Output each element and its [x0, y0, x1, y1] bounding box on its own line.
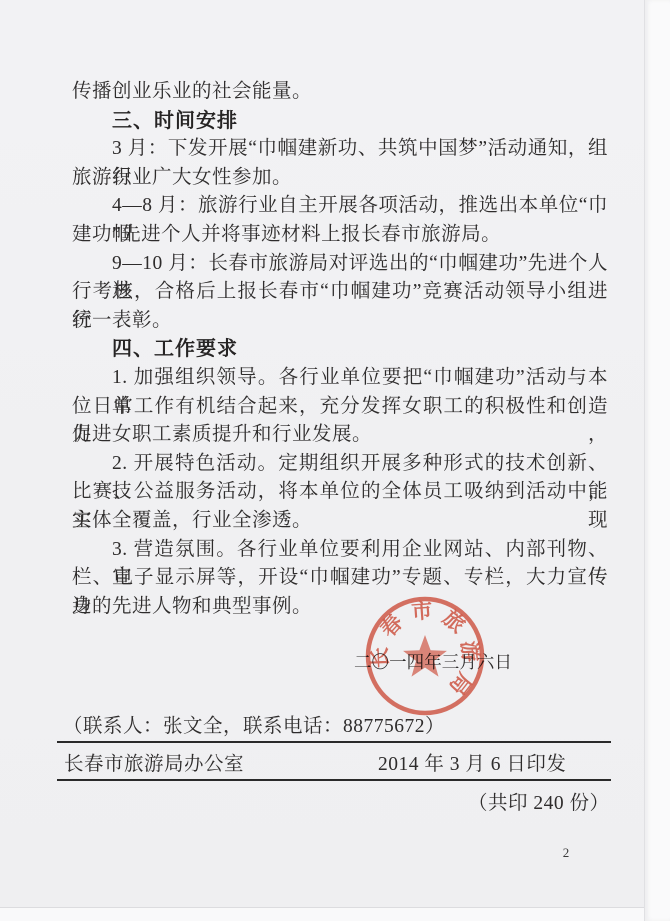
body-line: 统一表彰。 — [72, 307, 608, 336]
body-line: 1. 加强组织领导。各行业单位要把“巾帼建功”活动与本单 — [72, 364, 608, 393]
footer-divider-2 — [57, 779, 611, 781]
section-heading: 四、工作要求 — [72, 335, 608, 364]
footer-divider-1 — [57, 741, 611, 743]
seal-char: 市 — [411, 598, 434, 623]
body-line: 传播创业乐业的社会能量。 — [72, 78, 608, 107]
seal-char: 春 — [376, 610, 408, 642]
body-line: 9—10 月：长春市旅游局对评选出的“巾帼建功”先进个人进 — [72, 250, 608, 279]
seal-char: 局 — [445, 668, 477, 699]
document-body: 传播创业乐业的社会能量。三、时间安排3 月：下发开展“巾帼建新功、共筑中国梦”活… — [72, 78, 608, 621]
body-line: 旅游行业广大女性参加。 — [72, 164, 608, 193]
seal-char: 长 — [368, 647, 393, 669]
body-line: 建功”先进个人并将事迹材料上报长春市旅游局。 — [72, 221, 608, 250]
body-line: 4—8 月：旅游行业自主开展各项活动，推选出本单位“巾帼 — [72, 192, 608, 221]
body-line: 行考核，合格后上报长春市“巾帼建功”竞赛活动领导小组进行 — [72, 278, 608, 307]
body-line: 位日常工作有机结合起来，充分发挥女职工的积极性和创造力， — [72, 393, 608, 422]
scan-edge-right — [644, 0, 670, 921]
body-line: 3 月：下发开展“巾帼建新功、共筑中国梦”活动通知，组织 — [72, 135, 608, 164]
scan-edge-bottom — [0, 907, 670, 921]
issuing-office: 长春市旅游局办公室 — [64, 752, 244, 778]
seal-star-icon — [403, 635, 447, 677]
scanned-document-page: 传播创业乐业的社会能量。三、时间安排3 月：下发开展“巾帼建新功、共筑中国梦”活… — [0, 0, 670, 921]
seal-char: 游 — [457, 640, 483, 663]
section-heading: 三、时间安排 — [72, 107, 608, 136]
body-line: 2. 开展特色活动。定期组织开展多种形式的技术创新、技能 — [72, 450, 608, 479]
body-line: 比赛、公益服务活动，将本单位的全体员工吸纳到活动中，实现 — [72, 478, 608, 507]
seal-char: 旅 — [438, 606, 470, 638]
print-date: 2014 年 3 月 6 日印发 — [378, 752, 566, 778]
copies-count: （共印 240 份） — [468, 791, 610, 817]
body-line: 3. 营造氛围。各行业单位要利用企业网站、内部刊物、宣传 — [72, 536, 608, 565]
contact-info: （联系人：张文全，联系电话：88775672） — [63, 714, 445, 740]
page-number: 2 — [556, 845, 576, 861]
